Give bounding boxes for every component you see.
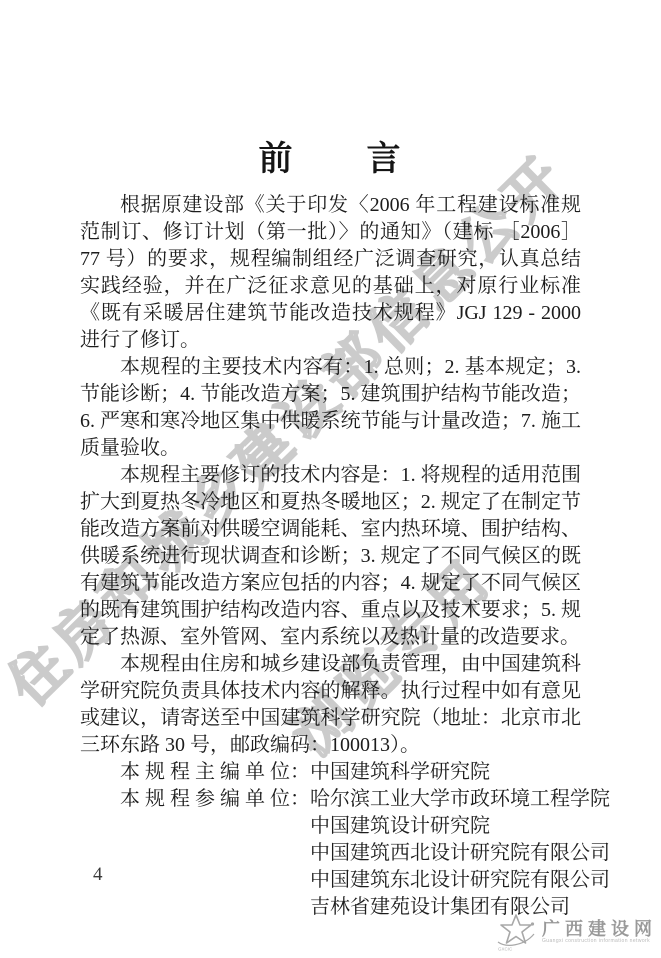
paragraph: 本规程主要修订的技术内容是：1. 将规程的适用范围扩大到夏热冬冷地区和夏热冬暖地… — [80, 462, 581, 651]
participant-editors-label: 本 规 程 参 编 单 位： — [80, 786, 310, 921]
participant-unit: 中国建筑东北设计研究院有限公司 — [310, 867, 610, 894]
chief-editor-row: 本 规 程 主 编 单 位： 中国建筑科学研究院 — [80, 759, 581, 786]
page-title: 前 言 — [0, 131, 661, 180]
participant-unit: 哈尔滨工业大学市政环境工程学院 — [310, 786, 610, 813]
participant-editors-row: 本 规 程 参 编 单 位： 哈尔滨工业大学市政环境工程学院 中国建筑设计研究院… — [80, 786, 581, 921]
paragraph: 根据原建设部《关于印发〈2006 年工程建设标准规范制订、修订计划（第一批）〉的… — [80, 192, 581, 354]
participant-unit: 中国建筑西北设计研究院有限公司 — [310, 840, 610, 867]
paragraph: 本规程由住房和城乡建设部负责管理，由中国建筑科学研究院负责具体技术内容的解释。执… — [80, 651, 581, 759]
document-body: 根据原建设部《关于印发〈2006 年工程建设标准规范制订、修订计划（第一批）〉的… — [80, 192, 581, 921]
chief-editor-unit: 中国建筑科学研究院 — [310, 759, 581, 786]
site-logo-tagline: Guangxi construction information network — [542, 939, 657, 944]
chief-editor-label: 本 规 程 主 编 单 位： — [80, 759, 310, 786]
star-icon: GXCIC — [494, 912, 538, 952]
page-number: 4 — [93, 864, 103, 886]
site-logo: GXCIC 广西建设网 Guangxi construction informa… — [494, 912, 657, 952]
paragraph: 本规程的主要技术内容有：1. 总则；2. 基本规定；3. 节能诊断；4. 节能改… — [80, 354, 581, 462]
participant-editor-units: 哈尔滨工业大学市政环境工程学院 中国建筑设计研究院 中国建筑西北设计研究院有限公… — [310, 786, 610, 921]
participant-unit: 中国建筑设计研究院 — [310, 813, 610, 840]
document-page: 住房和城乡建设部信息公开 浏览专用 前 言 根据原建设部《关于印发〈2006 年… — [0, 0, 661, 958]
site-logo-name: 广西建设网 — [542, 920, 657, 939]
svg-text:GXCIC: GXCIC — [498, 947, 513, 952]
